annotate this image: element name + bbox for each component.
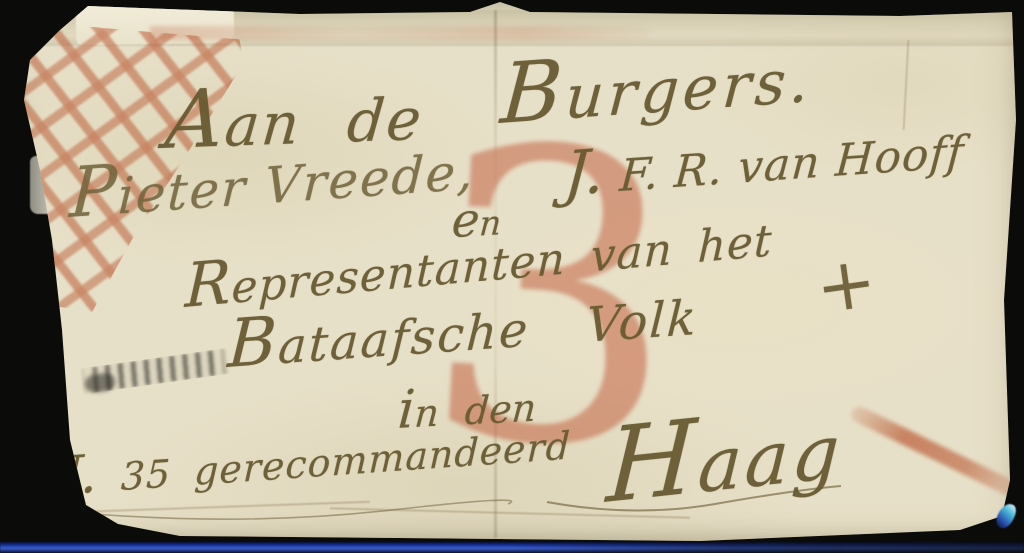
scanned-letter-cover: 3 Aan de Burgers. Pieter Vreede, en J. F…: [0, 0, 1024, 553]
registration-underline-flourish: [92, 498, 512, 526]
flourish-mark: +: [810, 238, 881, 330]
red-crayon-stroke: [848, 404, 1024, 504]
red-chalk-smear: [150, 26, 650, 40]
scanner-bed-blue-strip: [0, 541, 1024, 553]
postmark-stamp: [78, 342, 234, 403]
letter-paper: 3 Aan de Burgers. Pieter Vreede, en J. F…: [0, 0, 1024, 553]
haag-underline-flourish: [545, 478, 845, 520]
registration-note: N. 35 gerecommandeerd: [36, 410, 572, 509]
